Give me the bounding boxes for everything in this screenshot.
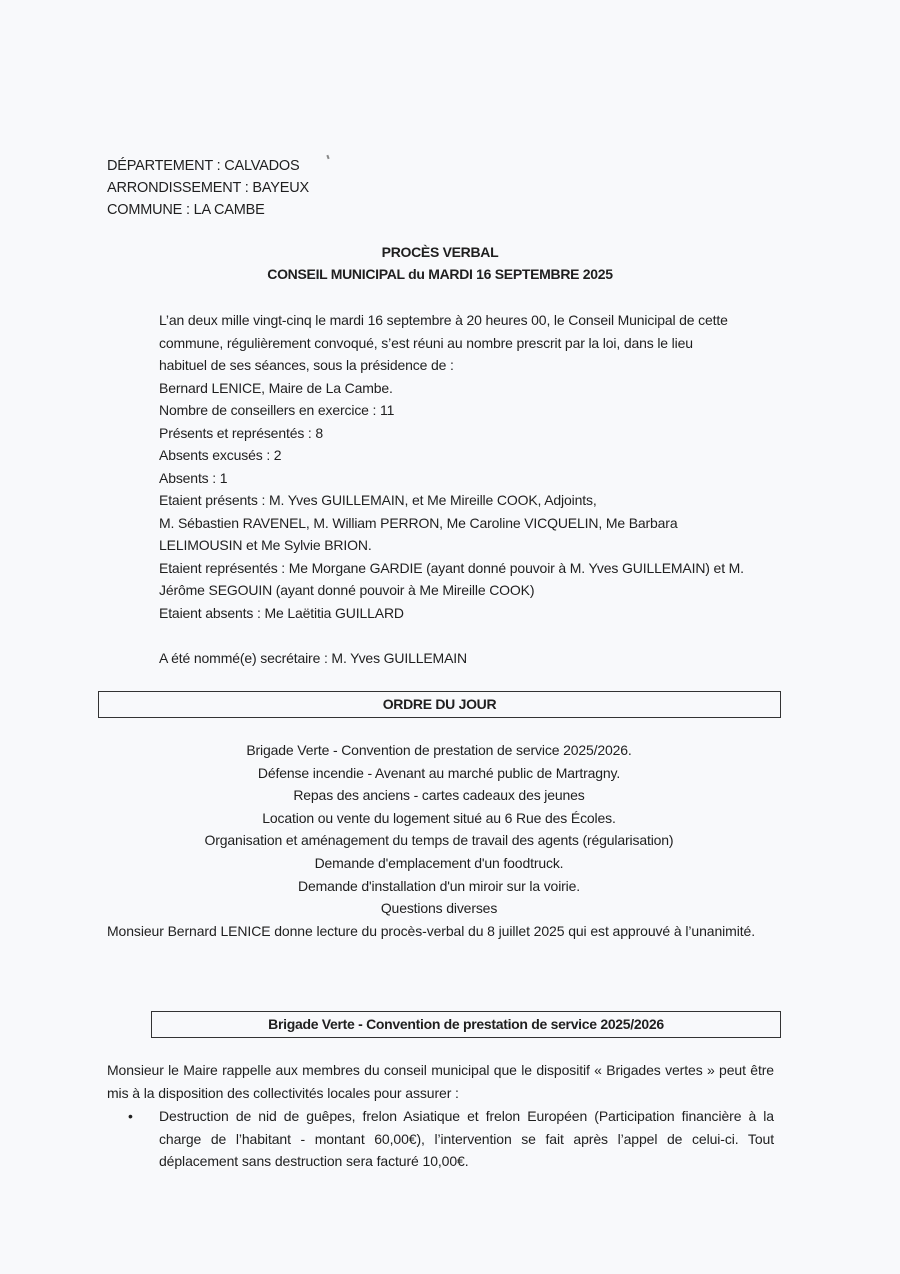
excused-count: Absents excusés : 2 — [159, 444, 799, 467]
intro-block: L’an deux mille vingt-cinq le mardi 16 s… — [159, 309, 799, 624]
approval-paragraph: Monsieur Bernard LENICE donne lecture du… — [107, 920, 774, 943]
mayor-line: Bernard LENICE, Maire de La Cambe. — [159, 377, 799, 400]
absent-count: Absents : 1 — [159, 467, 799, 490]
agenda-item: Demande d'emplacement d'un foodtruck. — [98, 852, 780, 875]
agenda-item: Questions diverses — [98, 897, 780, 920]
section-heading: Brigade Verte - Convention de prestation… — [268, 1016, 664, 1032]
document-subtitle: CONSEIL MUNICIPAL du MARDI 16 SEPTEMBRE … — [0, 266, 880, 282]
section-paragraph: Monsieur le Maire rappelle aux membres d… — [107, 1059, 774, 1104]
present-list: Etaient présents : M. Yves GUILLEMAIN, e… — [159, 489, 799, 512]
agenda-item: Repas des anciens - cartes cadeaux des j… — [98, 784, 780, 807]
agenda-item: Demande d'installation d'un miroir sur l… — [98, 875, 780, 898]
present-count: Présents et représentés : 8 — [159, 422, 799, 445]
bullet-text: Destruction de nid de guêpes, frelon Asi… — [159, 1105, 774, 1173]
agenda-item: Défense incendie - Avenant au marché pub… — [98, 762, 780, 785]
represented-list: Jérôme SEGOUIN (ayant donné pouvoir à Me… — [159, 579, 799, 602]
agenda-item: Location ou vente du logement situé au 6… — [98, 807, 780, 830]
agenda-heading: ORDRE DU JOUR — [383, 696, 497, 712]
councillors-count: Nombre de conseillers en exercice : 11 — [159, 399, 799, 422]
header-departement: DÉPARTEMENT : CALVADOS — [107, 155, 299, 177]
scan-speck — [326, 155, 329, 159]
intro-line: commune, régulièrement convoqué, s’est r… — [159, 332, 799, 355]
present-list: M. Sébastien RAVENEL, M. William PERRON,… — [159, 512, 799, 535]
section-heading-box: Brigade Verte - Convention de prestation… — [151, 1011, 781, 1038]
intro-line: L’an deux mille vingt-cinq le mardi 16 s… — [159, 309, 799, 332]
bullet-item: • Destruction de nid de guêpes, frelon A… — [128, 1105, 774, 1173]
document-page: DÉPARTEMENT : CALVADOS ARRONDISSEMENT : … — [0, 0, 900, 1274]
agenda-heading-box: ORDRE DU JOUR — [98, 691, 781, 718]
absent-list: Etaient absents : Me Laëtitia GUILLARD — [159, 602, 799, 625]
header-commune: COMMUNE : LA CAMBE — [107, 199, 265, 221]
agenda-list: Brigade Verte - Convention de prestation… — [98, 739, 780, 920]
present-list: LELIMOUSIN et Me Sylvie BRION. — [159, 534, 799, 557]
represented-list: Etaient représentés : Me Morgane GARDIE … — [159, 557, 799, 580]
document-title: PROCÈS VERBAL — [0, 244, 880, 260]
agenda-item: Brigade Verte - Convention de prestation… — [98, 739, 780, 762]
secretary-line: A été nommé(e) secrétaire : M. Yves GUIL… — [159, 647, 799, 670]
agenda-item: Organisation et aménagement du temps de … — [98, 829, 780, 852]
intro-line: habituel de ses séances, sous la préside… — [159, 354, 799, 377]
header-arrondissement: ARRONDISSEMENT : BAYEUX — [107, 177, 309, 199]
bullet-icon: • — [128, 1105, 150, 1128]
